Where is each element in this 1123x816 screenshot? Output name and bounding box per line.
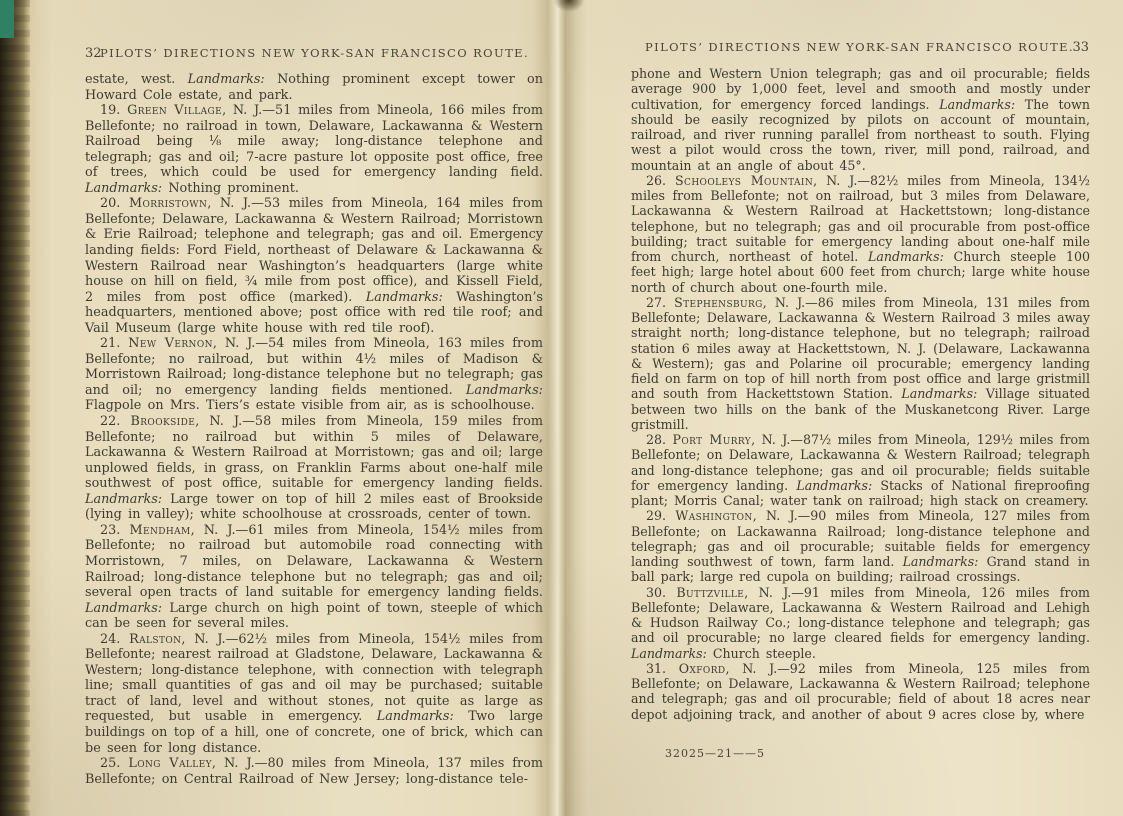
place-name: Port Murry [673, 432, 752, 447]
print-signature: 32025—21——5 [665, 747, 765, 760]
page-left: 32 PILOTS’ DIRECTIONS NEW YORK-SAN FRANC… [30, 0, 558, 816]
text-run: 19. [100, 103, 127, 118]
landmarks-label: Landmarks: [377, 709, 454, 724]
text-run: Flagpole on Mrs. Tiers’s estate visible … [85, 398, 535, 413]
paragraph: estate, west. Landmarks: Nothing promine… [85, 72, 543, 103]
text-run: 29. [646, 508, 675, 523]
book-cover-edge [0, 0, 30, 816]
scanner-background-sliver [0, 0, 14, 38]
place-name: Stephensburg [674, 295, 763, 310]
text-run: 24. [100, 632, 129, 647]
place-name: New Vernon [128, 336, 213, 351]
paragraph: 28. Port Murry, N. J.—87½ miles from Min… [631, 432, 1090, 508]
place-name: Schooleys Mountain [675, 173, 813, 188]
paragraph: 22. Brookside, N. J.—58 miles from Mineo… [85, 414, 543, 523]
paragraph: 30. Buttzville, N. J.—91 miles from Mine… [631, 585, 1090, 661]
page-number-left: 32 [85, 46, 102, 61]
landmarks-label: Landmarks: [85, 601, 162, 616]
landmarks-label: Landmarks: [85, 181, 162, 196]
paragraph: 21. New Vernon, N. J.—54 miles from Mine… [85, 336, 543, 414]
landmarks-label: Landmarks: [366, 290, 443, 305]
text-run: , N. J.—53 miles from Mineola, 164 miles… [85, 196, 543, 304]
landmarks-label: Landmarks: [466, 383, 543, 398]
text-run: 26. [646, 173, 675, 188]
running-head-right: PILOTS’ DIRECTIONS NEW YORK-SAN FRANCISC… [630, 40, 1089, 54]
landmarks-label: Landmarks: [903, 554, 979, 569]
landmarks-label: Landmarks: [796, 478, 872, 493]
text-run: 20. [100, 196, 129, 211]
text-run: Nothing prominent. [162, 181, 299, 196]
landmarks-label: Landmarks: [901, 386, 977, 401]
landmarks-label: Landmarks: [868, 249, 944, 264]
landmarks-label: Landmarks: [188, 72, 265, 87]
landmarks-label: Landmarks: [939, 97, 1015, 112]
text-run: 28. [646, 432, 673, 447]
place-name: Long Valley [128, 756, 212, 771]
text-run: 30. [646, 585, 676, 600]
landmarks-label: Landmarks: [85, 492, 162, 507]
paragraph: 19. Green Village, N. J.—51 miles from M… [85, 103, 543, 196]
body-text-left: estate, west. Landmarks: Nothing promine… [85, 72, 543, 787]
text-run: 21. [100, 336, 128, 351]
text-run: 25. [100, 756, 128, 771]
text-run: 22. [100, 414, 130, 429]
text-run: 27. [646, 295, 674, 310]
running-head-left: 32 PILOTS’ DIRECTIONS NEW YORK-SAN FRANC… [85, 46, 544, 60]
paragraph: 20. Morristown, N. J.—53 miles from Mine… [85, 196, 543, 336]
paragraph: 23. Mendham, N. J.—61 miles from Mineola… [85, 523, 543, 632]
running-title-right: PILOTS’ DIRECTIONS NEW YORK-SAN FRANCISC… [645, 40, 1074, 54]
landmarks-label: Landmarks: [631, 646, 707, 661]
paragraph: 24. Ralston, N. J.—62½ miles from Mineol… [85, 632, 543, 756]
place-name: Green Village [127, 103, 222, 118]
page-number-right: 33 [1072, 40, 1089, 55]
text-run: 31. [646, 661, 679, 676]
place-name: Ralston [129, 632, 181, 647]
place-name: Brookside [130, 414, 195, 429]
paragraph: phone and Western Union telegraph; gas a… [631, 66, 1090, 173]
place-name: Morristown [129, 196, 207, 211]
text-run: 23. [100, 523, 129, 538]
book-scan: 32 PILOTS’ DIRECTIONS NEW YORK-SAN FRANC… [0, 0, 1123, 816]
place-name: Mendham [129, 523, 190, 538]
paragraph: 31. Oxford, N. J.—92 miles from Mineola,… [631, 661, 1090, 722]
paragraph: 26. Schooleys Mountain, N. J.—82½ miles … [631, 173, 1090, 295]
place-name: Buttzville [676, 585, 744, 600]
text-run: Church steeple. [707, 646, 816, 661]
place-name: Washington [675, 508, 752, 523]
running-title-left: PILOTS’ DIRECTIONS NEW YORK-SAN FRANCISC… [100, 46, 529, 60]
paragraph: 29. Washington, N. J.—90 miles from Mine… [631, 508, 1090, 584]
page-right: PILOTS’ DIRECTIONS NEW YORK-SAN FRANCISC… [558, 0, 1123, 816]
body-text-right: phone and Western Union telegraph; gas a… [631, 66, 1090, 722]
text-run: estate, west. [85, 72, 188, 87]
paragraph: 27. Stephensburg, N. J.—86 miles from Mi… [631, 295, 1090, 432]
place-name: Oxford [679, 661, 726, 676]
paragraph: 25. Long Valley, N. J.—80 miles from Min… [85, 756, 543, 787]
